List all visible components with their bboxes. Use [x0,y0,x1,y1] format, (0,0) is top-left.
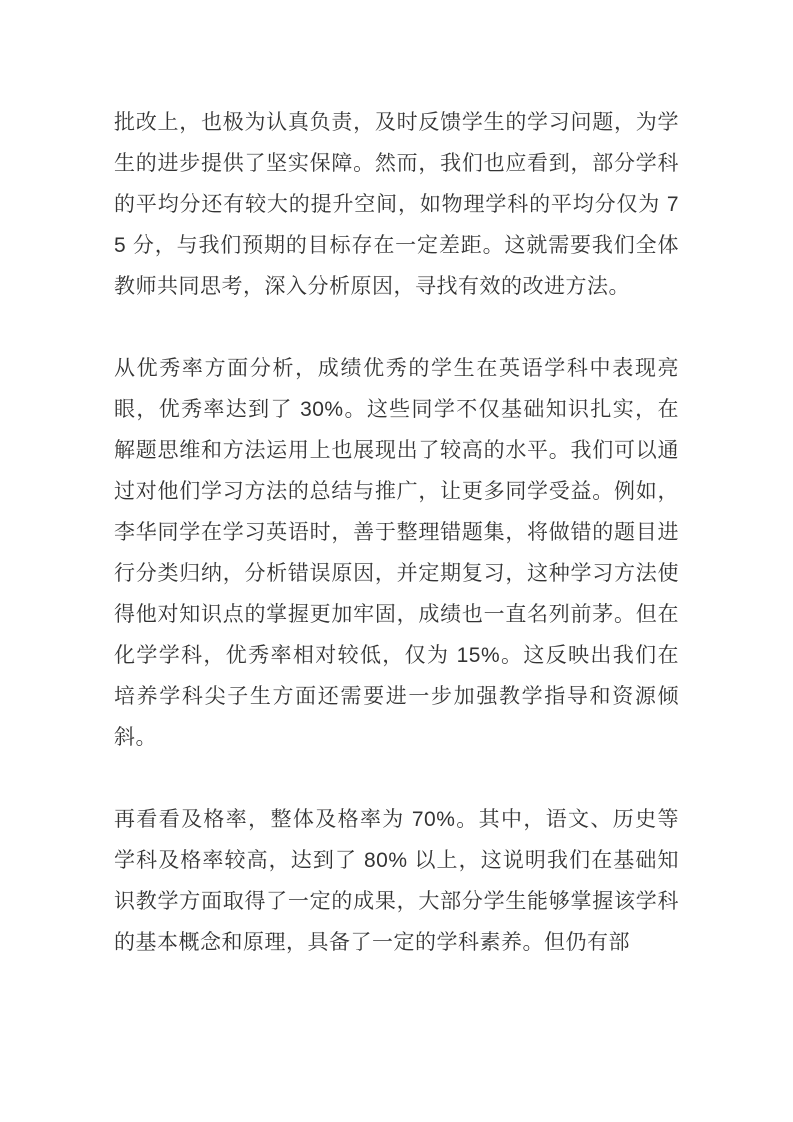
doc-paragraph-pass-rate: 再看看及格率，整体及格率为 70%。其中，语文、历史等学科及格率较高，达到了 8… [114,799,679,963]
doc-paragraph-excellence-rate: 从优秀率方面分析，成绩优秀的学生在英语学科中表现亮眼，优秀率达到了 30%。这些… [114,348,679,758]
document-page: 批改上，也极为认真负责，及时反馈学生的学习问题，为学生的进步提供了坚实保障。然而… [0,0,793,1122]
doc-paragraph-average-score: 批改上，也极为认真负责，及时反馈学生的学习问题，为学生的进步提供了坚实保障。然而… [114,102,679,307]
